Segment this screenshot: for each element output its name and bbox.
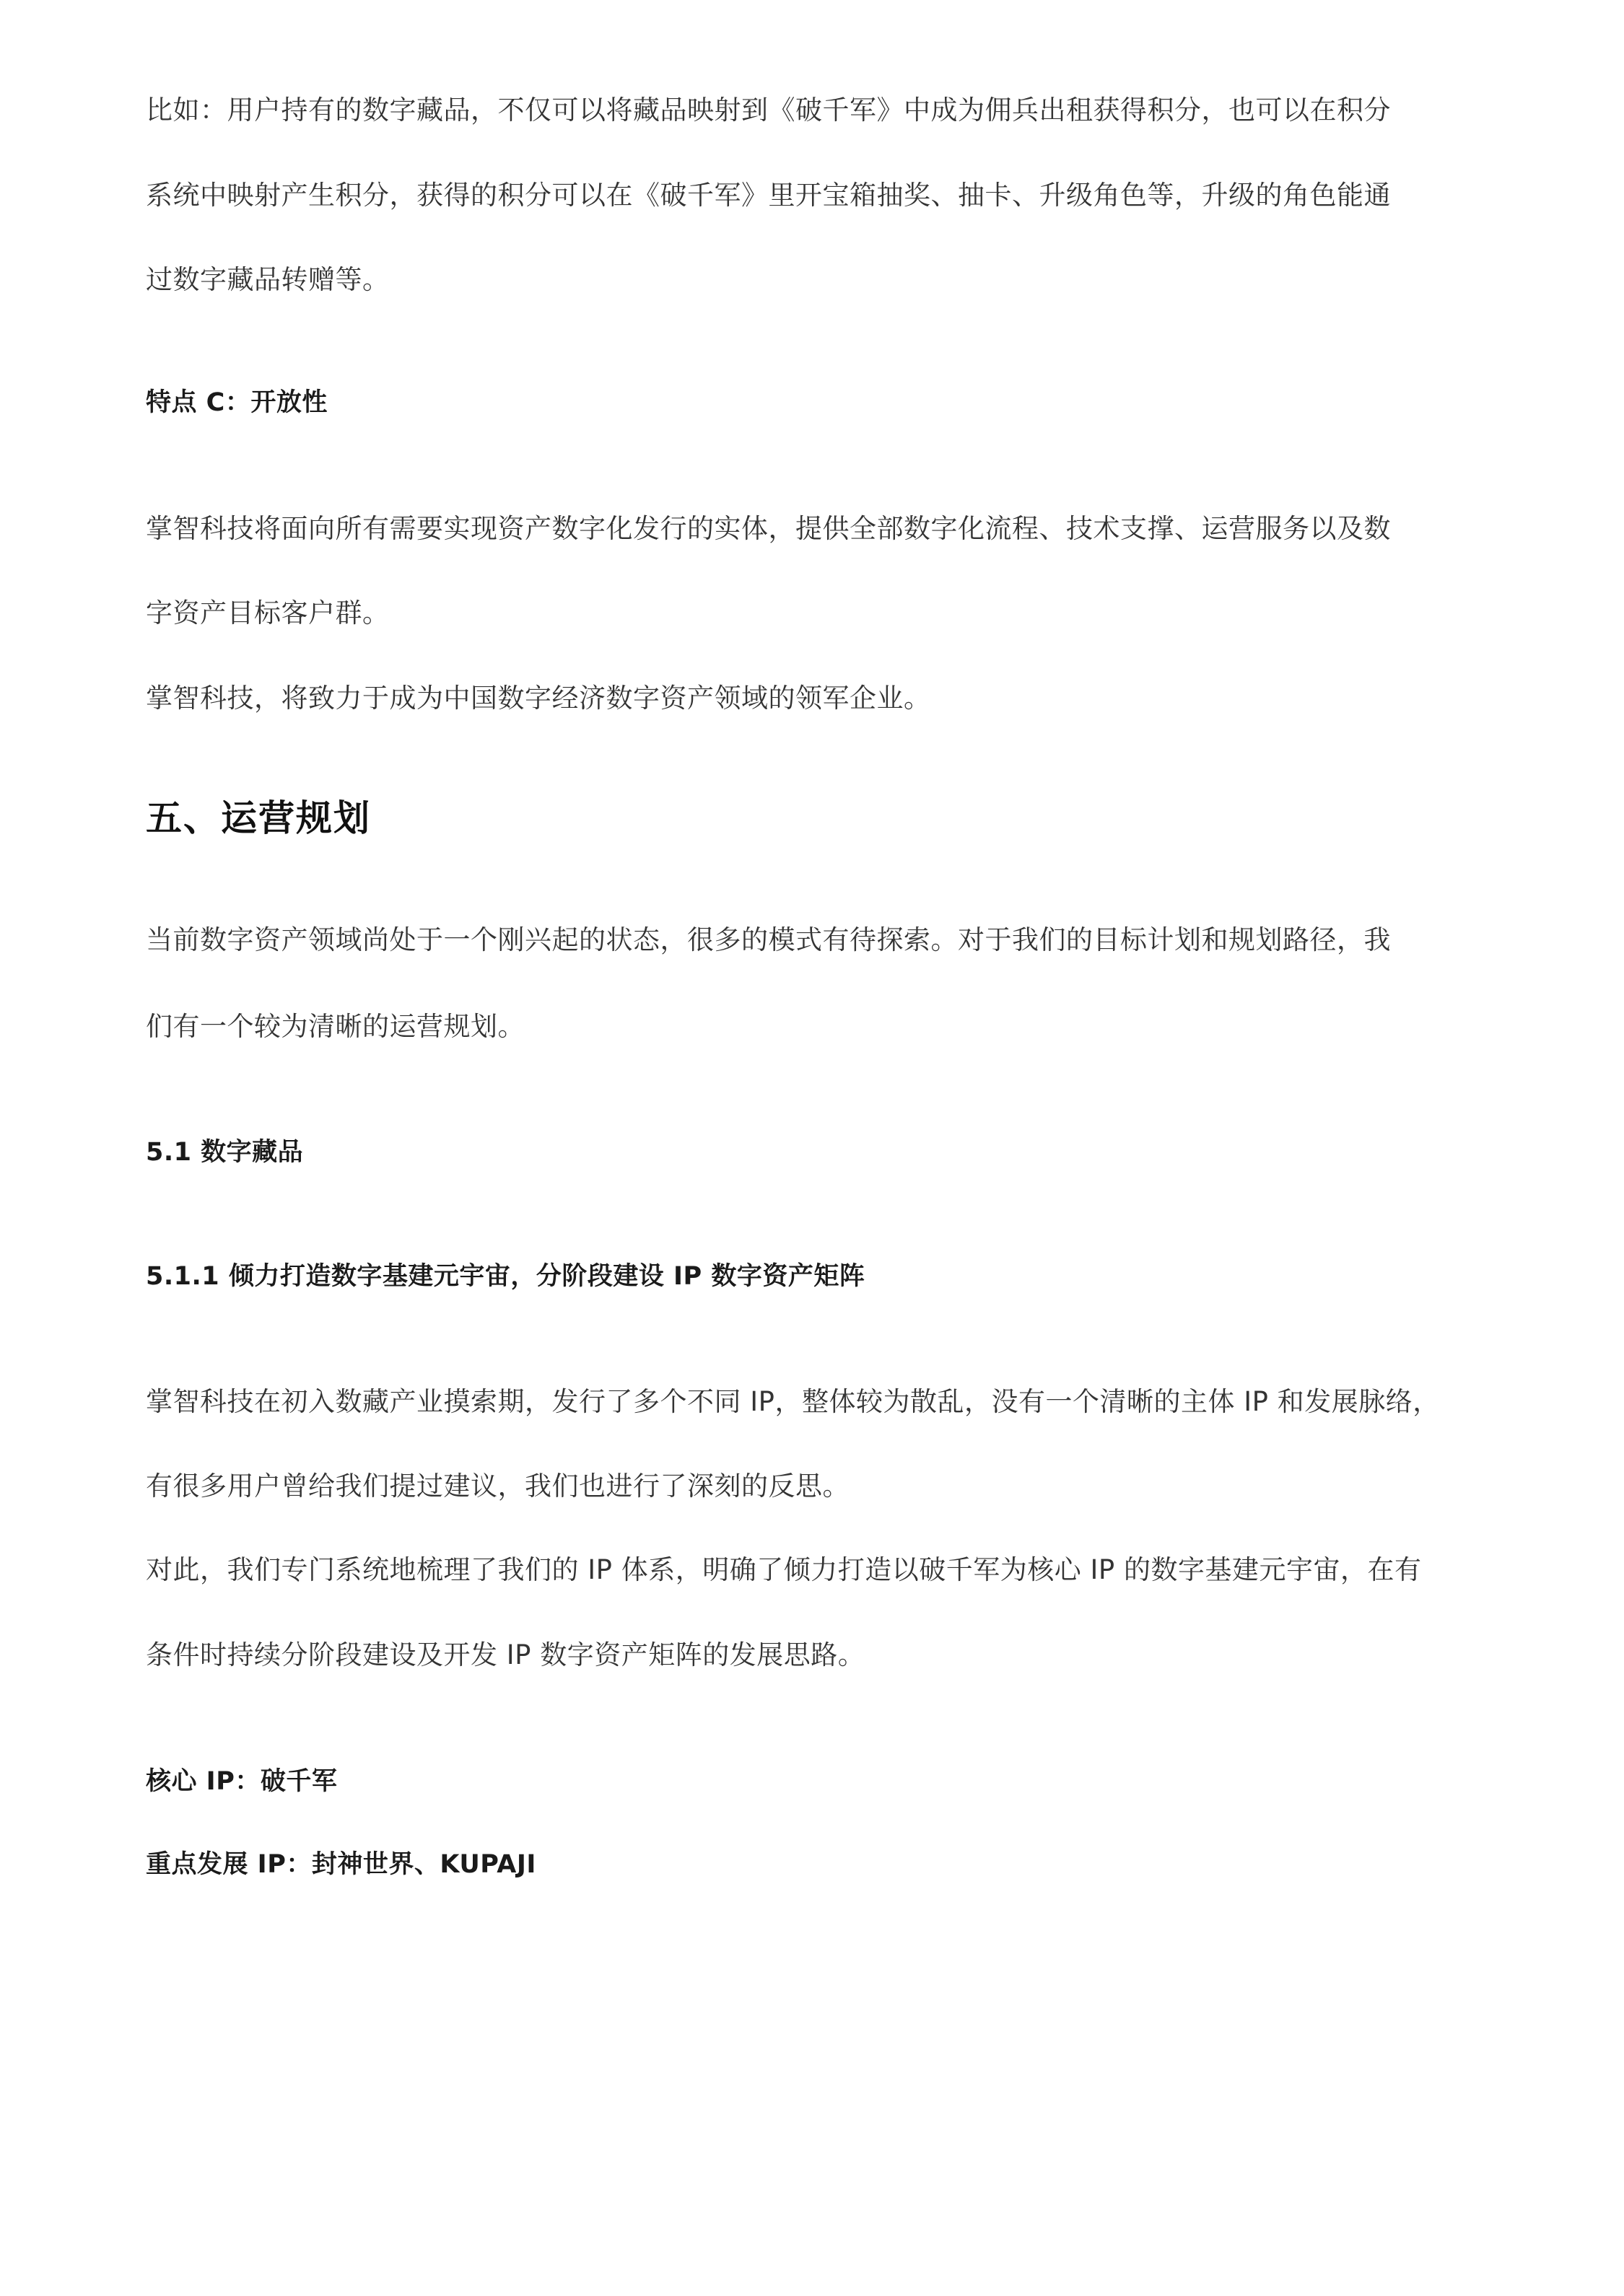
subsection-heading: 5.1 数字藏品 [146,1134,303,1170]
paragraph-line: 当前数字资产领域尚处于一个刚兴起的状态，很多的模式有待探索。对于我们的目标计划和… [146,922,1391,958]
paragraph-line: 系统中映射产生积分，获得的积分可以在《破千军》里开宝箱抽奖、抽卡、升级角色等，升… [146,178,1391,214]
feature-heading: 特点 C：开放性 [146,385,328,421]
paragraph-line: 们有一个较为清晰的运营规划。 [146,1009,525,1045]
paragraph-line: 掌智科技将面向所有需要实现资产数字化发行的实体，提供全部数字化流程、技术支撑、运… [146,511,1391,547]
paragraph-line: 字资产目标客户群。 [146,595,390,631]
subsubsection-heading: 5.1.1 倾力打造数字基建元宇宙，分阶段建设 IP 数字资产矩阵 [146,1258,865,1294]
key-ip-label: 重点发展 IP：封神世界、KUPAJI [146,1846,536,1883]
paragraph-line: 掌智科技，将致力于成为中国数字经济数字资产领域的领军企业。 [146,680,931,717]
paragraph-line: 掌智科技在初入数藏产业摸索期，发行了多个不同 IP，整体较为散乱，没有一个清晰的… [146,1384,1440,1420]
paragraph-line: 条件时持续分阶段建设及开发 IP 数字资产矩阵的发展思路。 [146,1637,865,1673]
core-ip-label: 核心 IP：破千军 [146,1763,337,1800]
paragraph-line: 对此，我们专门系统地梳理了我们的 IP 体系，明确了倾力打造以破千军为核心 IP… [146,1552,1422,1588]
document-page: 比如：用户持有的数字藏品，不仅可以将藏品映射到《破千军》中成为佣兵出租获得积分，… [0,0,1624,2296]
paragraph-line: 过数字藏品转赠等。 [146,262,390,298]
paragraph-line: 有很多用户曾给我们提过建议，我们也进行了深刻的反思。 [146,1468,850,1504]
paragraph-line: 比如：用户持有的数字藏品，不仅可以将藏品映射到《破千军》中成为佣兵出租获得积分，… [146,92,1391,128]
section-heading: 五、运营规划 [146,795,371,841]
